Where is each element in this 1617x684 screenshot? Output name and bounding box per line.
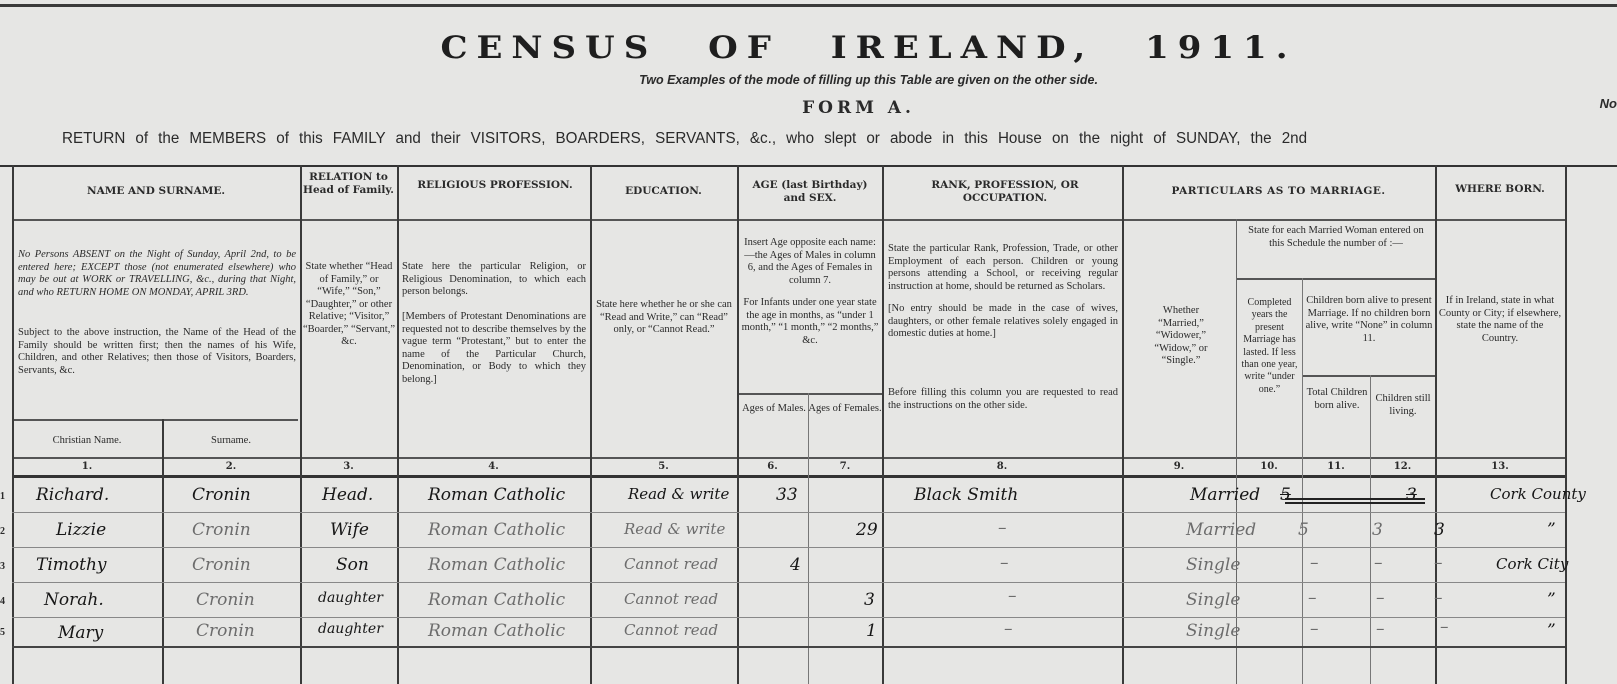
total-children: – xyxy=(1376,619,1385,639)
column-number: 13. xyxy=(1435,461,1565,474)
occupation: – xyxy=(998,518,1007,538)
row-rule xyxy=(12,582,1565,583)
census-table: NAME AND SURNAME. RELATION to Head of Fa… xyxy=(0,165,1617,684)
age-instruction-2: For Infants under one year state the age… xyxy=(740,297,880,347)
marriage-state-rule xyxy=(1236,278,1435,280)
married-woman-instruction: State for each Married Woman entered on … xyxy=(1240,225,1432,250)
age-female: 29 xyxy=(856,520,878,540)
occupation: – xyxy=(1008,586,1017,606)
column-number: 2. xyxy=(162,461,300,474)
age-female: 1 xyxy=(866,621,877,641)
children-living: – xyxy=(1440,617,1449,637)
religion: Roman Catholic xyxy=(428,590,565,610)
occupation: Black Smith xyxy=(914,485,1018,505)
name-subheading-rule xyxy=(12,419,298,421)
column-number: 11. xyxy=(1302,461,1370,474)
row-number: 3 xyxy=(0,561,5,572)
column-number: 10. xyxy=(1236,461,1302,474)
marital-status: Single xyxy=(1186,555,1240,575)
surname: Cronin xyxy=(192,520,251,540)
total-children: 3 xyxy=(1372,520,1383,540)
row-rule xyxy=(12,646,1565,648)
heading-marriage: PARTICULARS AS TO MARRIAGE. xyxy=(1122,185,1435,198)
heading-name: NAME AND SURNAME. xyxy=(12,185,300,198)
col-rule xyxy=(12,165,14,684)
birthplace: Cork County xyxy=(1490,485,1586,503)
marital-status: Married xyxy=(1186,520,1256,540)
years-married: – xyxy=(1308,588,1317,608)
column-number: 1. xyxy=(12,461,162,474)
education: Read & write xyxy=(624,520,725,538)
children-living: – xyxy=(1434,588,1443,608)
marital-instruction: Whether “Married,” “Widower,” “Widow,” o… xyxy=(1150,305,1212,368)
surname: Cronin xyxy=(196,621,255,641)
col-rule xyxy=(300,165,302,684)
children-living: – xyxy=(1434,553,1443,573)
marital-status: Single xyxy=(1186,590,1240,610)
colnum-top-rule xyxy=(12,457,1565,459)
row-number: 5 xyxy=(0,627,5,638)
row-rule xyxy=(12,512,1565,513)
column-number: 8. xyxy=(882,461,1122,474)
relation-instruction: State whether “Head of Family,” or “Wife… xyxy=(302,261,396,349)
heading-rule xyxy=(12,219,1565,221)
col-rule xyxy=(397,165,399,684)
col-rule xyxy=(1122,165,1124,684)
form-subtitle: Two Examples of the mode of filling up t… xyxy=(0,73,1617,87)
row-number: 2 xyxy=(0,526,5,537)
schedule-number-label: No xyxy=(1600,96,1617,111)
return-line: RETURN of the MEMBERS of this FAMILY and… xyxy=(62,130,1307,148)
religion-instruction-2: [Members of Protestant Denominations are… xyxy=(402,311,586,386)
column-number: 3. xyxy=(300,461,397,474)
years-married: 5 xyxy=(1298,520,1309,540)
strikethrough-line xyxy=(1285,502,1425,504)
table-top-rule xyxy=(0,165,1617,167)
christian-name: Timothy xyxy=(36,555,107,575)
surname: Cronin xyxy=(196,590,255,610)
relation: daughter xyxy=(318,621,383,637)
col-rule xyxy=(1236,219,1237,684)
religion: Roman Catholic xyxy=(428,555,565,575)
occupation-instruction-2: [No entry should be made in the case of … xyxy=(888,303,1118,341)
heading-born: WHERE BORN. xyxy=(1435,183,1565,196)
total-children: – xyxy=(1376,588,1385,608)
christian-name: Lizzie xyxy=(56,520,106,540)
religion-instruction-1: State here the particular Religion, or R… xyxy=(402,261,586,299)
heading-occupation: RANK, PROFESSION, OR OCCUPATION. xyxy=(910,179,1100,205)
age-subheading-rule xyxy=(737,393,882,395)
row-number: 1 xyxy=(0,491,5,502)
surname: Cronin xyxy=(192,555,251,575)
ages-of-males-label: Ages of Males. xyxy=(740,403,808,416)
heading-relation: RELATION to Head of Family. xyxy=(300,171,397,197)
born-instruction: If in Ireland, state in what County or C… xyxy=(1438,295,1562,345)
religion: Roman Catholic xyxy=(428,520,565,540)
name-instruction-1: No Persons ABSENT on the Night of Sunday… xyxy=(18,249,296,299)
marital-status: Single xyxy=(1186,621,1240,641)
occupation-instruction-1: State the particular Rank, Profession, T… xyxy=(888,243,1118,293)
heading-age: AGE (last Birthday) and SEX. xyxy=(745,179,875,205)
total-children-label: Total Children born alive. xyxy=(1304,387,1370,412)
heading-religion: RELIGIOUS PROFESSION. xyxy=(410,179,580,192)
col-rule xyxy=(590,165,592,684)
column-number: 7. xyxy=(808,461,882,474)
age-female: 3 xyxy=(864,590,875,610)
column-number: 5. xyxy=(590,461,737,474)
strikethrough-line xyxy=(1285,498,1425,500)
surname-label: Surname. xyxy=(162,435,300,448)
christian-name: Richard. xyxy=(36,485,109,505)
children-born-instruction: Children born alive to present Marriage.… xyxy=(1304,295,1434,345)
col-rule xyxy=(162,419,164,684)
col-rule xyxy=(1565,165,1567,684)
column-number: 9. xyxy=(1122,461,1236,474)
birthplace: Cork City xyxy=(1496,555,1568,573)
surname: Cronin xyxy=(192,485,251,505)
education: Read & write xyxy=(628,485,729,503)
name-instruction-2: Subject to the above instruction, the Na… xyxy=(18,327,296,377)
birthplace: ” xyxy=(1547,621,1556,641)
years-married: – xyxy=(1310,553,1319,573)
col-rule xyxy=(882,165,884,684)
education: Cannot read xyxy=(624,590,718,608)
row-number: 4 xyxy=(0,596,5,607)
top-border-rule xyxy=(0,4,1617,7)
form-label: FORM A. xyxy=(0,98,1617,118)
heading-education: EDUCATION. xyxy=(590,185,737,198)
relation: Head. xyxy=(322,485,373,505)
marital-status: Married xyxy=(1190,485,1260,505)
age-male: 33 xyxy=(776,485,798,505)
total-children: – xyxy=(1374,553,1383,573)
col-rule xyxy=(1370,375,1371,684)
col-rule xyxy=(808,393,809,684)
children-subheading-rule xyxy=(1302,375,1435,377)
christian-name: Mary xyxy=(58,623,103,643)
education: Cannot read xyxy=(624,621,718,639)
occupation: – xyxy=(1000,553,1009,573)
column-number: 12. xyxy=(1370,461,1435,474)
column-number: 4. xyxy=(397,461,590,474)
relation: Wife xyxy=(330,520,369,540)
occupation: – xyxy=(1004,619,1013,639)
christian-name-label: Christian Name. xyxy=(12,435,162,448)
col-rule xyxy=(737,165,739,684)
birthplace: ” xyxy=(1547,590,1556,610)
age-male: 4 xyxy=(790,555,801,575)
colnum-bottom-rule xyxy=(12,475,1565,478)
col-rule xyxy=(1302,278,1303,684)
children-living-label: Children still living. xyxy=(1371,393,1435,418)
christian-name: Norah. xyxy=(44,590,104,610)
children-living: 3 xyxy=(1434,520,1445,540)
ages-of-females-label: Ages of Females. xyxy=(808,403,882,416)
religion: Roman Catholic xyxy=(428,485,565,505)
row-rule xyxy=(12,547,1565,548)
education-instruction: State here whether he or she can “Read a… xyxy=(594,299,734,337)
relation: daughter xyxy=(318,590,383,606)
education: Cannot read xyxy=(624,555,718,573)
row-rule xyxy=(12,617,1565,618)
occupation-instruction-3: Before filling this column you are reque… xyxy=(888,387,1118,412)
form-title: CENSUS OF IRELAND, 1911. xyxy=(0,30,1617,66)
column-number: 6. xyxy=(737,461,808,474)
relation: Son xyxy=(336,555,369,575)
age-instruction-1: Insert Age opposite each name:—the Ages … xyxy=(740,237,880,287)
years-married-instruction: Completed years the present Marriage has… xyxy=(1237,297,1302,396)
years-married: – xyxy=(1310,619,1319,639)
birthplace: ” xyxy=(1547,520,1556,540)
religion: Roman Catholic xyxy=(428,621,565,641)
